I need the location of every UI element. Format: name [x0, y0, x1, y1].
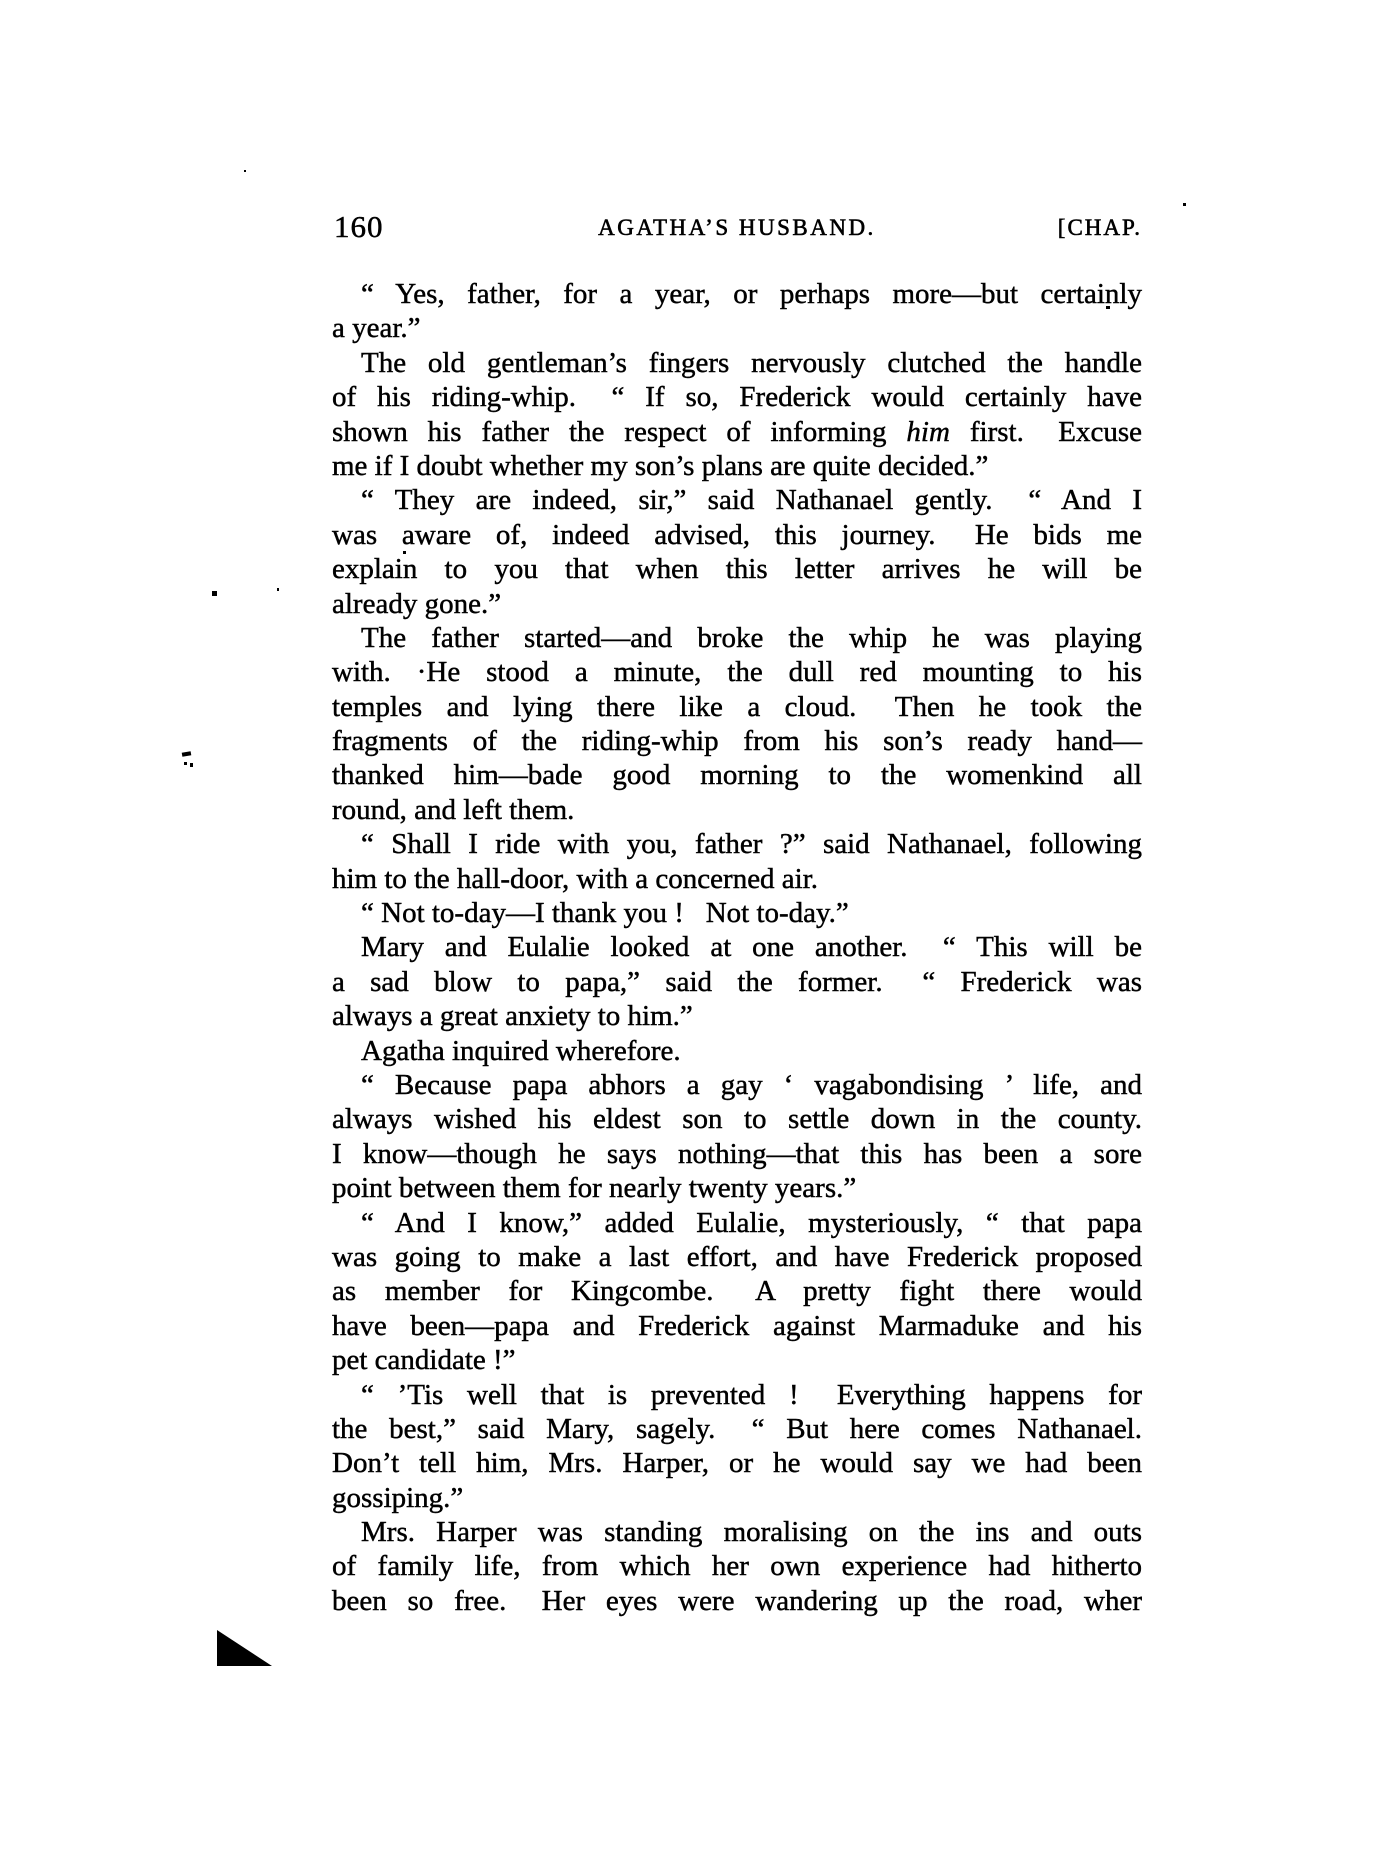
text-line: as member for Kingcombe. A pretty fight …: [332, 1274, 1142, 1308]
text-line: round, and left them.: [332, 793, 1142, 827]
text-line: “ Shall I ride with you, father ?” said …: [332, 827, 1142, 861]
running-head: 160 AGATHA’S HUSBAND. [CHAP.: [332, 206, 1142, 242]
text-line: have been—papa and Frederick against Mar…: [332, 1309, 1142, 1343]
text-line: pet candidate !”: [332, 1343, 1142, 1377]
text-line: fragments of the riding-whip from his so…: [332, 724, 1142, 758]
text-line: Don’t tell him, Mrs. Harper, or he would…: [332, 1446, 1142, 1480]
text-line: temples and lying there like a cloud. Th…: [332, 690, 1142, 724]
text-line: the best,” said Mary, sagely. “ But here…: [332, 1412, 1142, 1446]
text-line: Mrs. Harper was standing moralising on t…: [332, 1515, 1142, 1549]
text-line: “ Not to-day—I thank you ! Not to-day.”: [332, 896, 1142, 930]
scan-speck: [212, 591, 217, 596]
chapter-marker: [CHAP.: [1058, 216, 1142, 239]
text-line: was going to make a last effort, and hav…: [332, 1240, 1142, 1274]
text-line: thanked him—bade good morning to the wom…: [332, 758, 1142, 792]
text-line: of his riding-whip. “ If so, Frederick w…: [332, 380, 1142, 414]
scan-speck: [190, 763, 193, 767]
text-line: always wished his eldest son to settle d…: [332, 1102, 1142, 1136]
text-line: Agatha inquired wherefore.: [332, 1034, 1142, 1068]
text-line: The father started—and broke the whip he…: [332, 621, 1142, 655]
text-line: him to the hall-door, with a concerned a…: [332, 862, 1142, 896]
scan-stroke: [182, 751, 192, 757]
text-line: explain to you that when this letter arr…: [332, 552, 1142, 586]
scan-speck: [1106, 306, 1110, 309]
running-title: AGATHA’S HUSBAND.: [598, 216, 876, 239]
page-number: 160: [334, 211, 384, 242]
scan-speck: [403, 551, 406, 554]
scan-speck: [277, 588, 279, 591]
text-line: “ Yes, father, for a year, or perhaps mo…: [332, 277, 1142, 311]
scan-speck: [244, 170, 246, 172]
text-line: with. ·He stood a minute, the dull red m…: [332, 655, 1142, 689]
text-line: been so free. Her eyes were wandering up…: [332, 1584, 1142, 1618]
text-line: “ ’Tis well that is prevented ! Everythi…: [332, 1378, 1142, 1412]
text-line: shown his father the respect of informin…: [332, 415, 1142, 449]
text-line: already gone.”: [332, 587, 1142, 621]
ink-blot-triangle: [217, 1630, 272, 1666]
text-line: of family life, from which her own exper…: [332, 1549, 1142, 1583]
text-line: point between them for nearly twenty yea…: [332, 1171, 1142, 1205]
text-line: “ And I know,” added Eulalie, mysterious…: [332, 1206, 1142, 1240]
text-line: Mary and Eulalie looked at one another. …: [332, 930, 1142, 964]
scan-speck: [1183, 203, 1186, 206]
text-line: was aware of, indeed advised, this journ…: [332, 518, 1142, 552]
text-line: I know—though he says nothing—that this …: [332, 1137, 1142, 1171]
page-text-block: “ Yes, father, for a year, or perhaps mo…: [332, 277, 1142, 1618]
scan-speck: [184, 762, 187, 765]
book-page-scan: 160 AGATHA’S HUSBAND. [CHAP. “ Yes, fath…: [0, 0, 1400, 1850]
text-line: always a great anxiety to him.”: [332, 999, 1142, 1033]
text-line: “ Because papa abhors a gay ‘ vagabondis…: [332, 1068, 1142, 1102]
text-line: me if I doubt whether my son’s plans are…: [332, 449, 1142, 483]
text-line: a sad blow to papa,” said the former. “ …: [332, 965, 1142, 999]
text-line: a year.”: [332, 311, 1142, 345]
text-line: gossiping.”: [332, 1481, 1142, 1515]
text-line: “ They are indeed, sir,” said Nathanael …: [332, 483, 1142, 517]
text-line: The old gentleman’s fingers nervously cl…: [332, 346, 1142, 380]
